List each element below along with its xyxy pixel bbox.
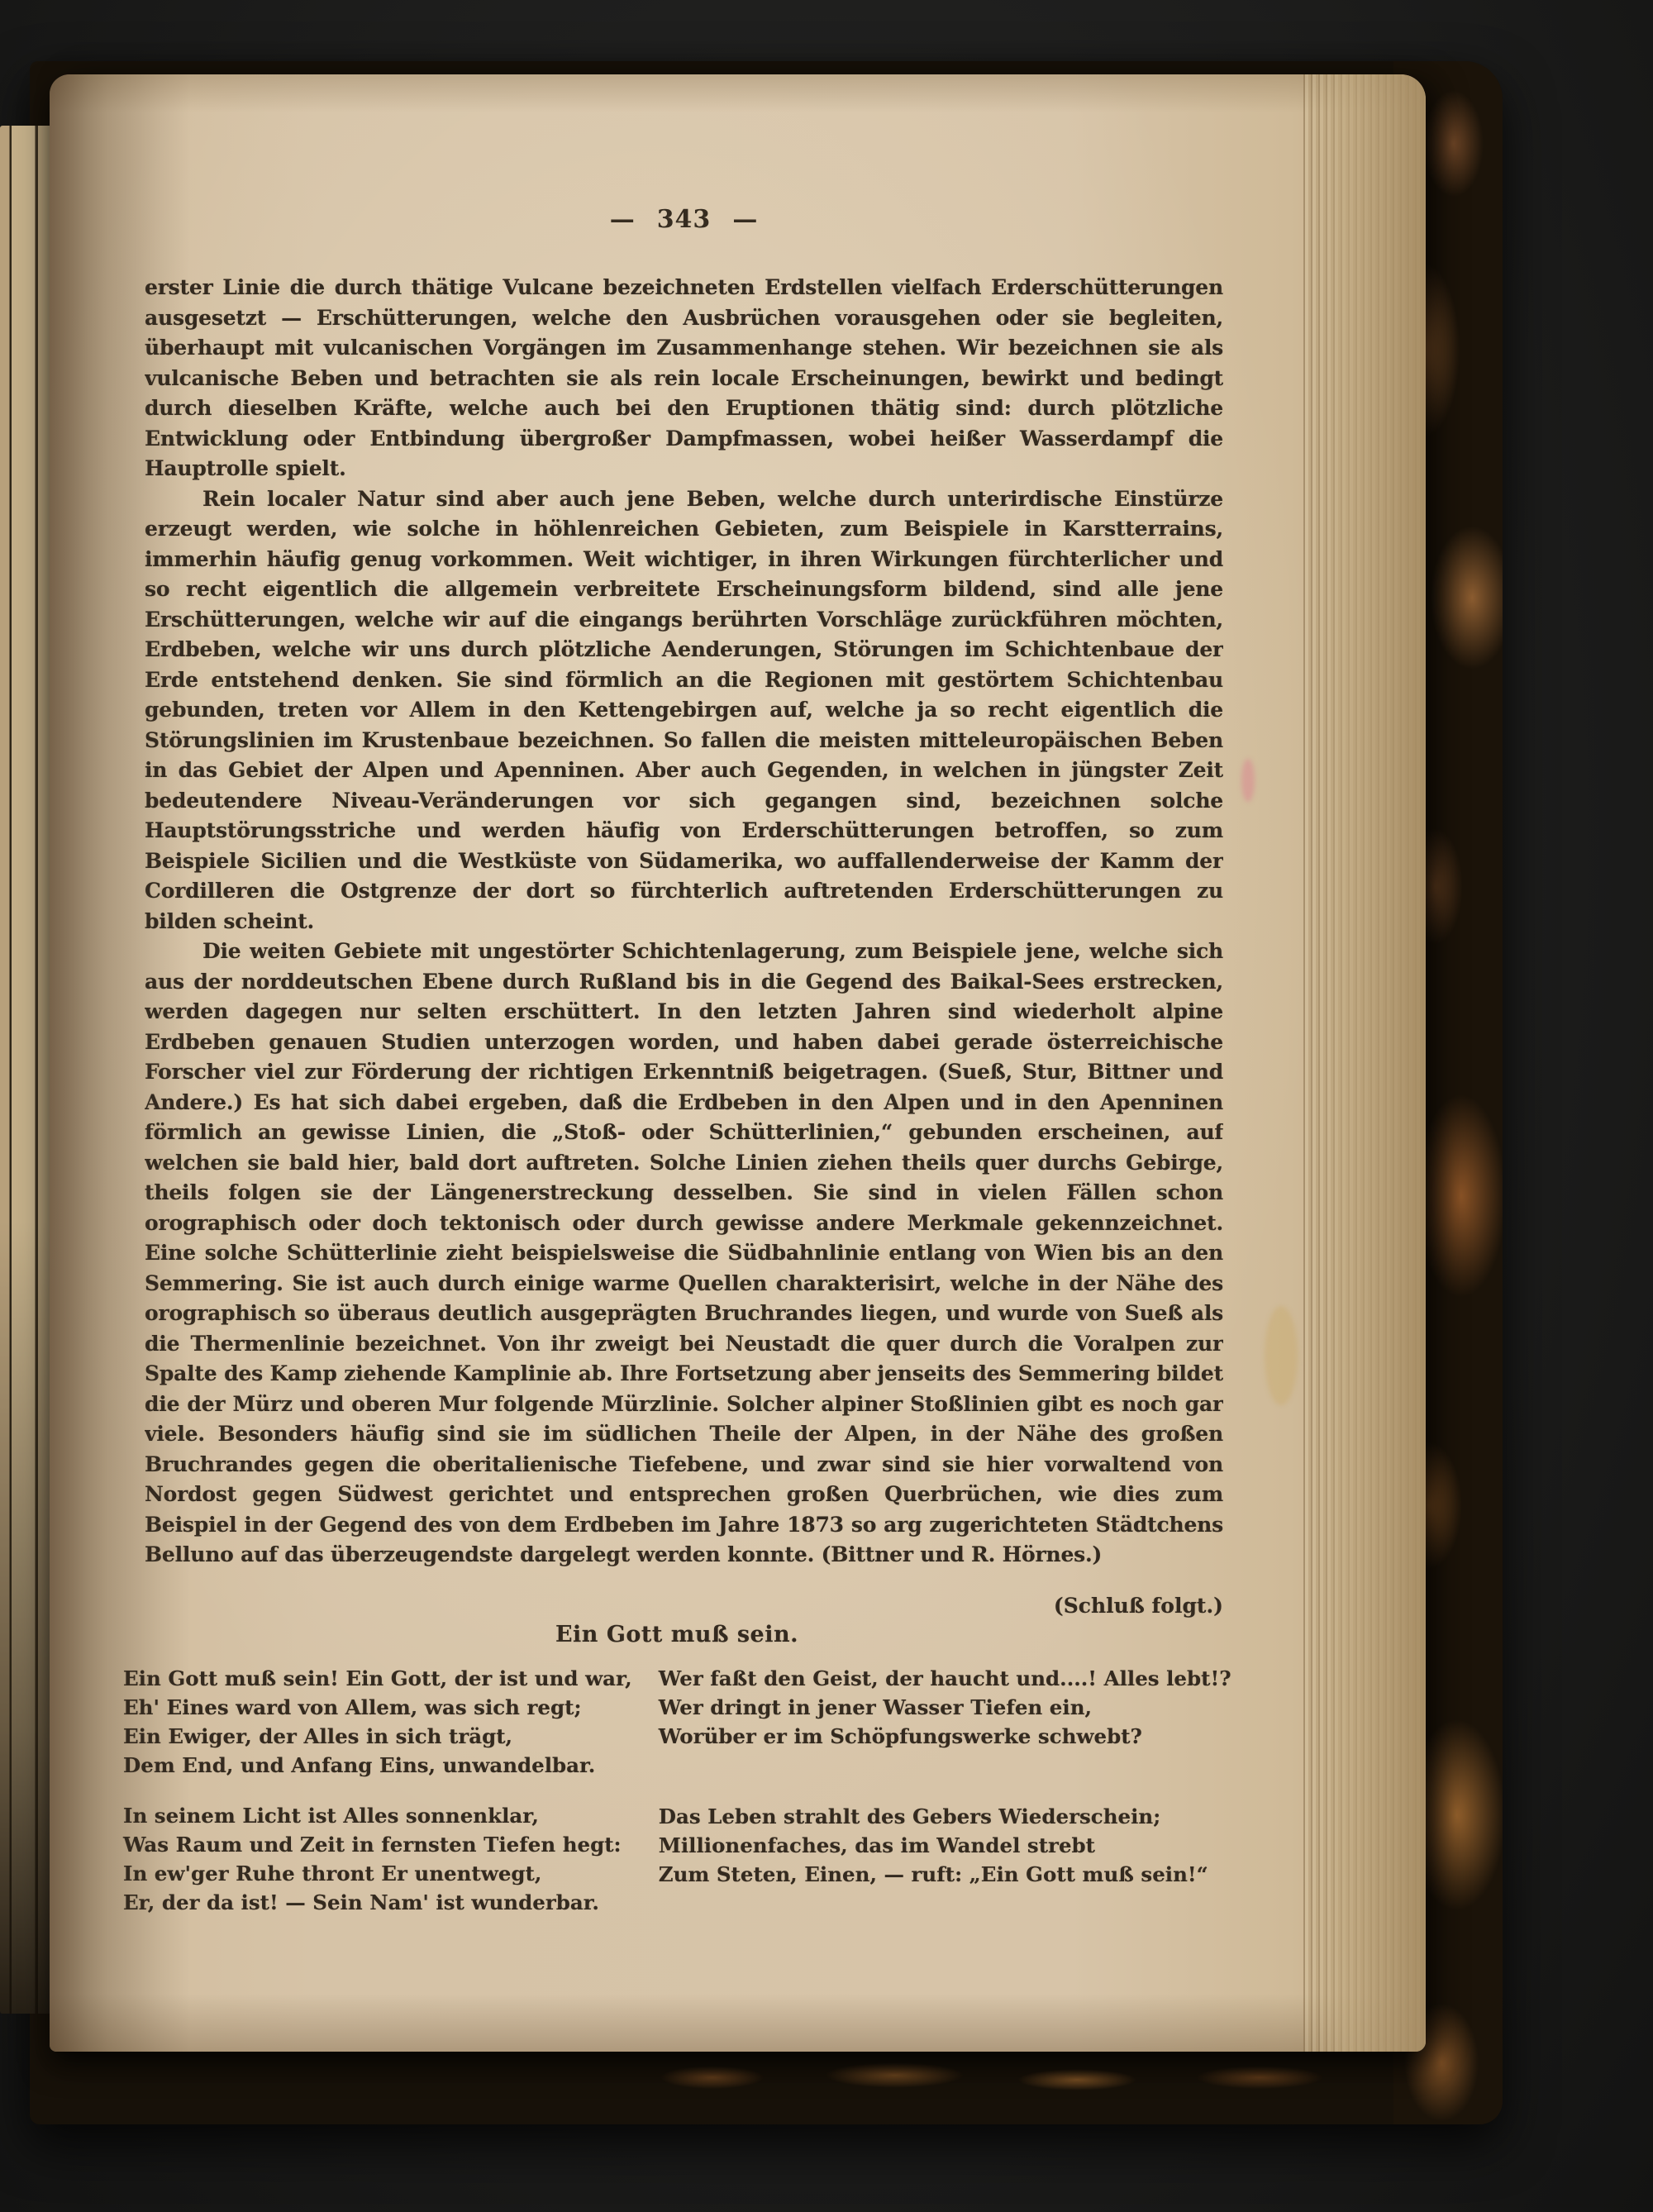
poem-line: Zum Steten, Einen, — ruft: „Ein Gott muß… <box>659 1860 1231 1889</box>
left-page-edges <box>0 126 55 2014</box>
fore-edge-page-stack <box>1303 74 1426 2052</box>
page-number: —343— <box>145 205 1223 234</box>
book-page: —343— erster Linie die durch thätige Vul… <box>50 74 1426 2052</box>
poem-line: Wer faßt den Geist, der haucht und....! … <box>659 1664 1231 1693</box>
poem-line: Eh' Eines ward von Allem, was sich regt; <box>123 1693 632 1722</box>
poem-line: Dem End, und Anfang Eins, unwandelbar. <box>123 1751 632 1780</box>
page-number-right-dash: — <box>732 205 758 234</box>
article-paragraph: erster Linie die durch thätige Vulcane b… <box>145 273 1223 484</box>
poem-line: Ein Gott muß sein! Ein Gott, der ist und… <box>123 1664 632 1693</box>
poem-right-column: Wer faßt den Geist, der haucht und....! … <box>649 1664 1260 1938</box>
poem-line: In ew'ger Ruhe thront Er unentwegt, <box>123 1859 632 1888</box>
continuation-note: (Schluß folgt.) <box>145 1594 1223 1618</box>
poem-stanza: Ein Gott muß sein! Ein Gott, der ist und… <box>123 1664 632 1780</box>
poem-line: Worüber er im Schöpfungswerke schwebt? <box>659 1722 1231 1751</box>
poem-columns: Ein Gott muß sein! Ein Gott, der ist und… <box>120 1664 1234 1938</box>
page-number-left-dash: — <box>610 205 636 234</box>
article-text: erster Linie die durch thätige Vulcane b… <box>145 273 1223 1591</box>
cover-marbled-bottom-edge <box>575 2057 1336 2103</box>
article-paragraph: Die weiten Gebiete mit ungestörter Schic… <box>145 937 1223 1571</box>
poem-line: In seinem Licht ist Alles sonnenklar, <box>123 1801 632 1830</box>
pink-stain <box>1241 759 1255 802</box>
book-photo-scene: —343— erster Linie die durch thätige Vul… <box>0 0 1653 2212</box>
poem-stanza: In seinem Licht ist Alles sonnenklar, Wa… <box>123 1801 632 1917</box>
yellow-stain <box>1265 1306 1298 1405</box>
poem-section: Ein Gott muß sein. Ein Gott muß sein! Ei… <box>120 1622 1234 1938</box>
article-paragraph: Rein localer Natur sind aber auch jene B… <box>145 484 1223 937</box>
poem-line: Was Raum und Zeit in fernsten Tiefen heg… <box>123 1830 632 1859</box>
poem-stanza: Wer faßt den Geist, der haucht und....! … <box>659 1664 1231 1751</box>
poem-line: Er, der da ist! — Sein Nam' ist wunderba… <box>123 1888 632 1917</box>
poem-line: Ein Ewiger, der Alles in sich trägt, <box>123 1722 632 1751</box>
poem-line: Millionenfaches, das im Wandel strebt <box>659 1831 1231 1860</box>
poem-title: Ein Gott muß sein. <box>120 1622 1234 1647</box>
poem-line: Wer dringt in jener Wasser Tiefen ein, <box>659 1693 1231 1722</box>
poem-line: Das Leben strahlt des Gebers Wiederschei… <box>659 1802 1231 1831</box>
page-number-value: 343 <box>657 205 712 234</box>
poem-left-column: Ein Gott muß sein! Ein Gott, der ist und… <box>120 1664 632 1938</box>
poem-stanza: Das Leben strahlt des Gebers Wiederschei… <box>659 1802 1231 1889</box>
